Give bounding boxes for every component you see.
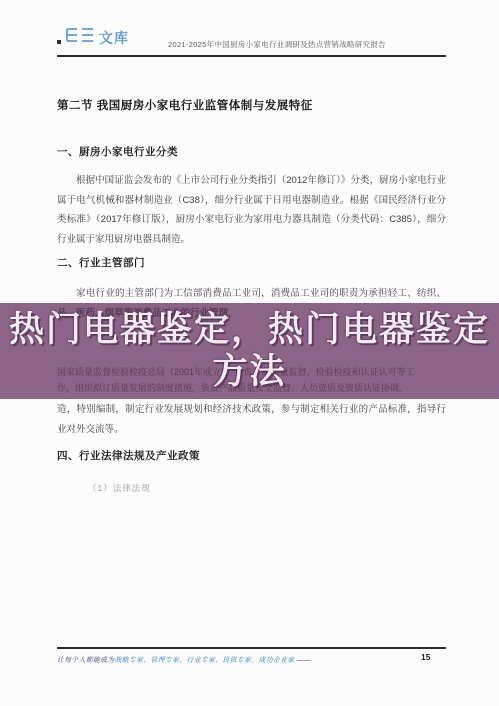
footer-tagline-suffix: —— xyxy=(295,657,312,664)
paragraph-authorities-line1: 家电行业的主管部门为工信部消费品工业司，消费品工业司的职责为承担轻工、纺织、食品… xyxy=(57,284,446,304)
report-page: 文库 2021-2025年中国厨房小家电行业调研及热点营销战略研究报告 第二节 … xyxy=(0,0,499,706)
heading-laws-policies: 四、行业法律法规及产业政策 xyxy=(57,448,200,463)
header-logo: 文库 xyxy=(57,27,129,48)
paragraph-authorities-continued: 造，特别编制，制定行业发展规划和经济技术政策，参与制定相关行业的产品标准，指导行… xyxy=(57,400,446,439)
subitem-laws: （1）法律法规 xyxy=(88,482,151,494)
report-title-header: 2021-2025年中国厨房小家电行业调研及热点营销战略研究报告 xyxy=(168,39,438,50)
logo-bullet-dot xyxy=(57,40,61,44)
footer-tagline-prefix: 让每个人都能成为 xyxy=(57,657,115,664)
heading-industry-classification: 一、厨房小家电行业分类 xyxy=(57,144,178,159)
logo-wordmark: 文库 xyxy=(99,28,129,48)
watermark-title-line1: 热门电器鉴定，热门电器鉴定 xyxy=(0,308,499,352)
wenku-logo-icon xyxy=(65,27,95,48)
header-divider xyxy=(57,55,446,57)
footer-divider xyxy=(57,647,446,649)
watermark-banner: 品、医药、烟草等消费品工业的行业管理， 国家质量监督检验检疫总局（2001年成立… xyxy=(0,303,499,399)
heading-authorities: 二、行业主管部门 xyxy=(57,255,145,270)
footer-tagline: 让每个人都能成为战略专家、管理专家、行业专家、投资专家、成功企业家 —— xyxy=(57,654,311,664)
paragraph-classification: 根据中国证监会发布的《上市公司行业分类指引（2012年修订）》分类，厨房小家电行… xyxy=(57,171,446,249)
footer-tagline-highlight: 战略专家、管理专家、行业专家、投资专家、成功企业家 xyxy=(115,657,295,664)
page-number: 15 xyxy=(421,652,430,662)
watermark-title-line2: 方法 xyxy=(0,350,499,394)
section-title: 第二节 我国厨房小家电行业监管体制与发展特征 xyxy=(57,97,313,113)
